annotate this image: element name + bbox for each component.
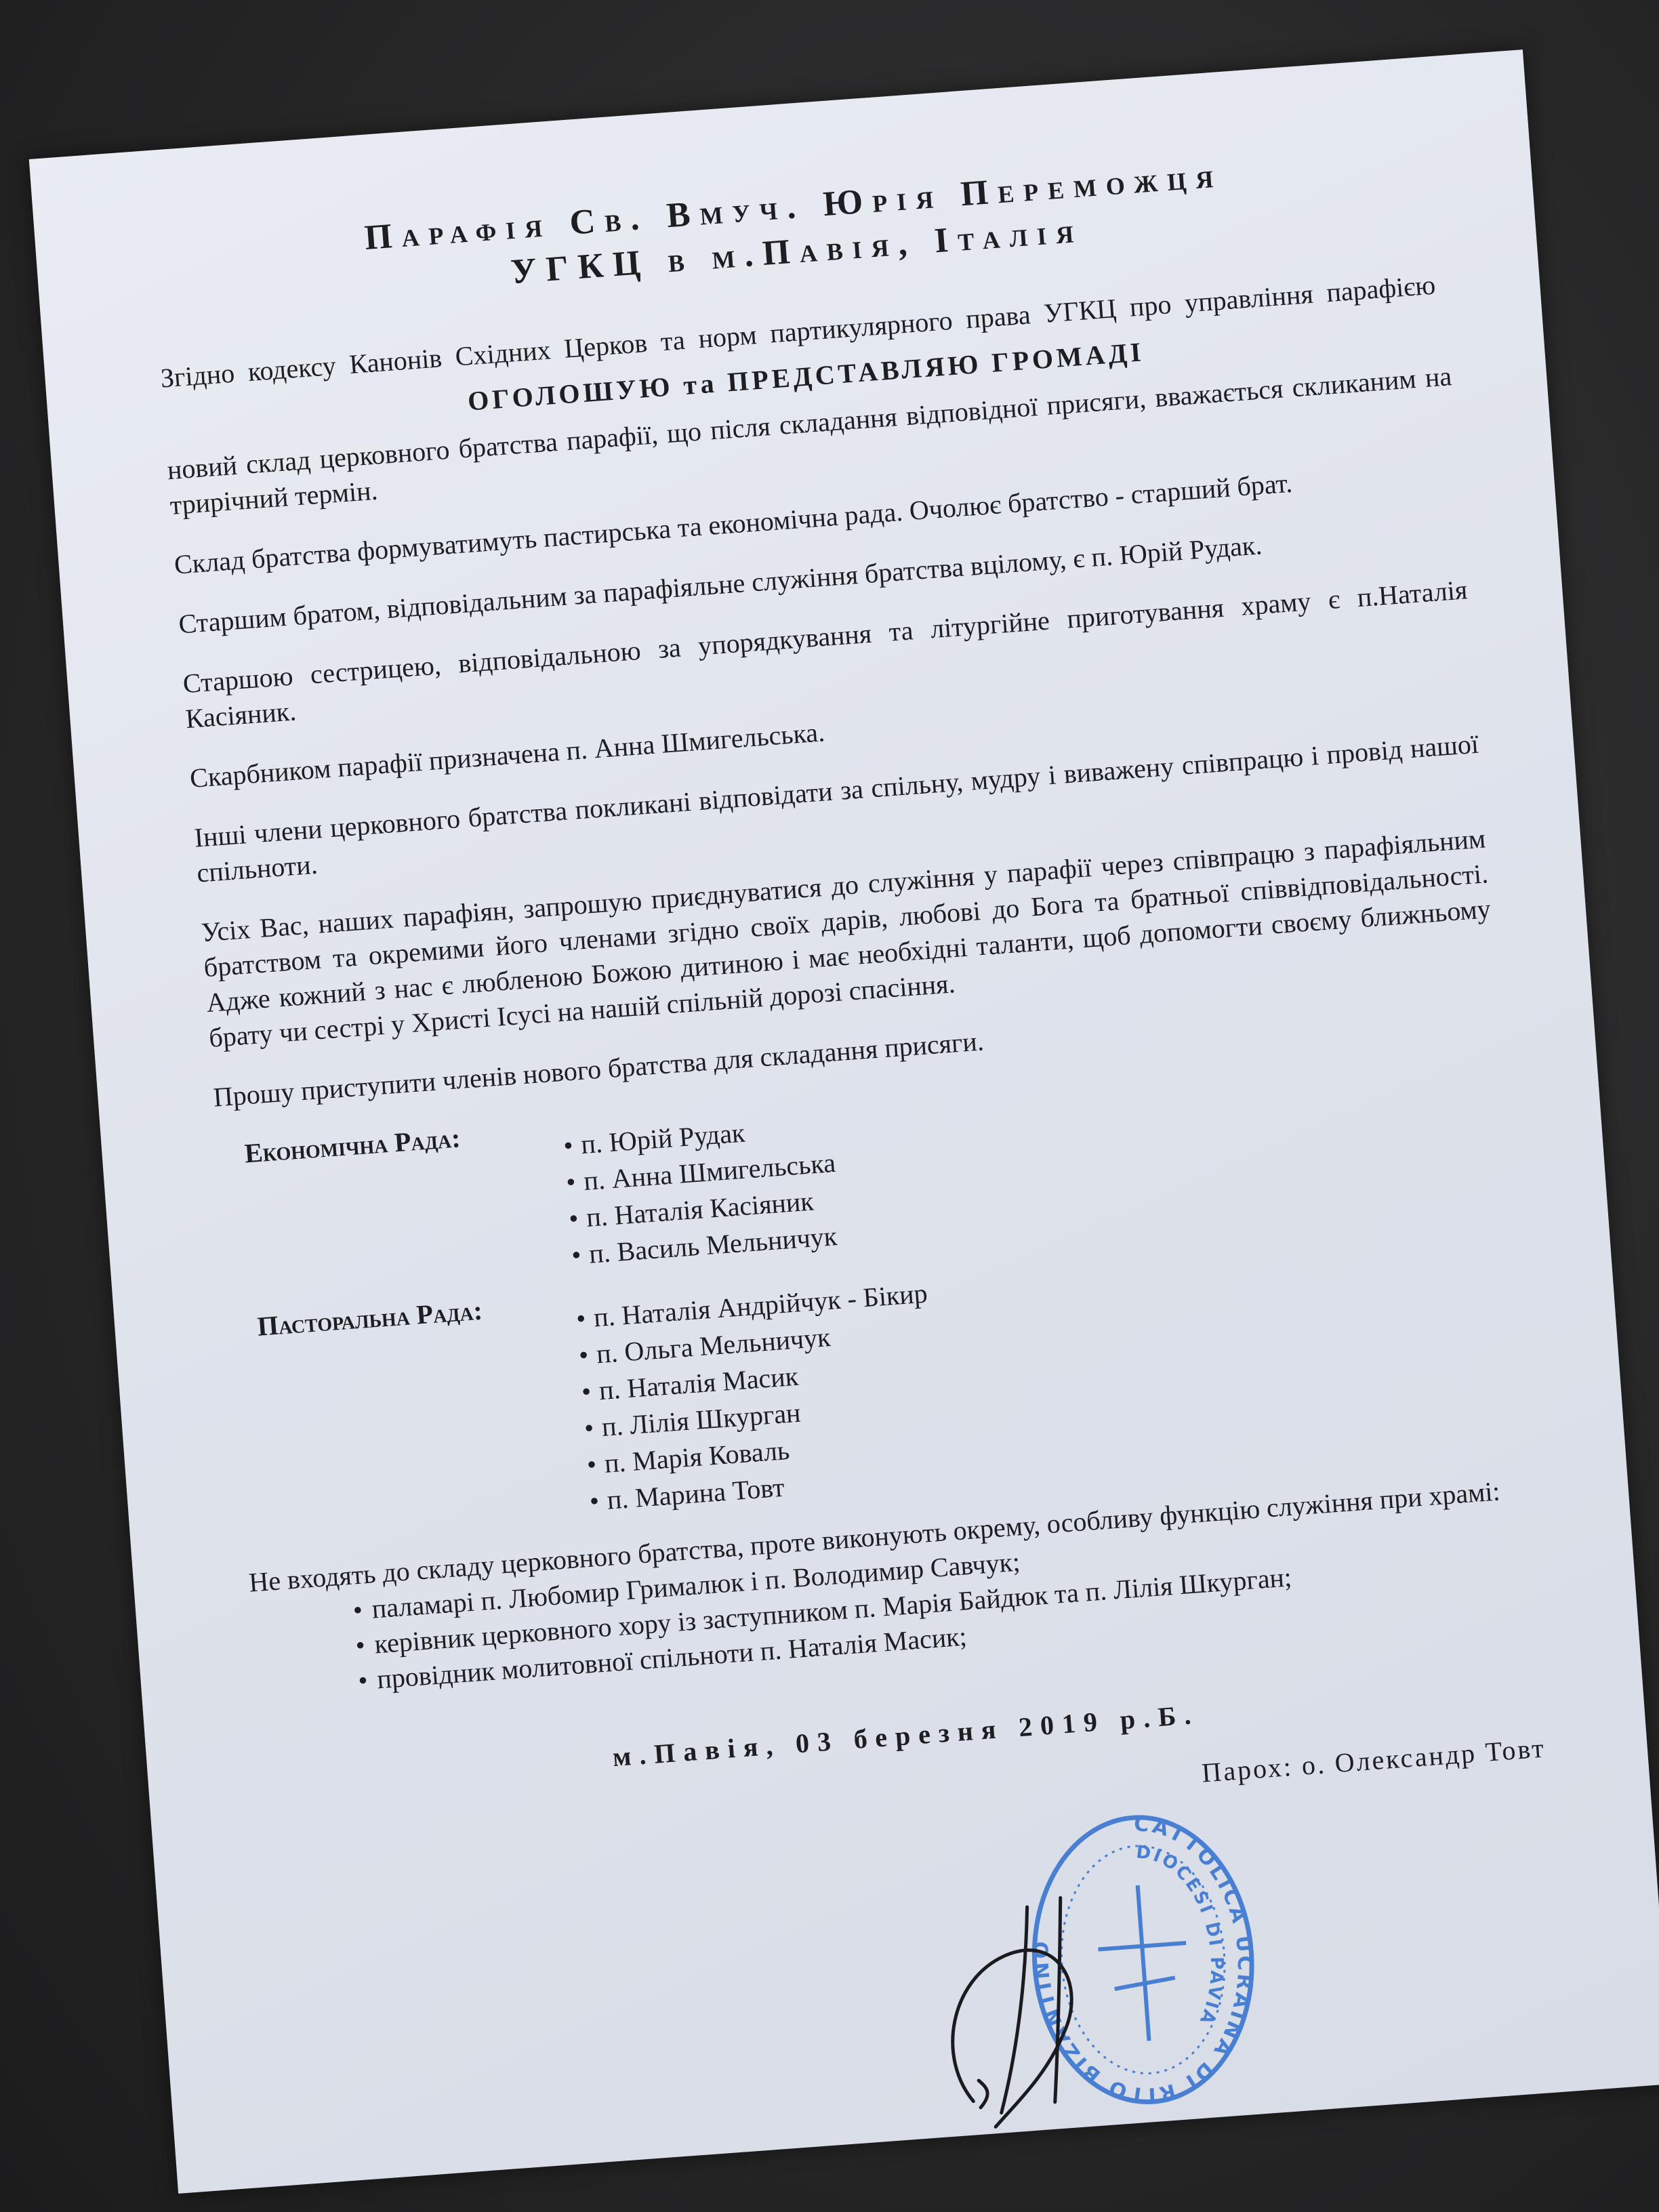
pastoral-council-list: п. Наталія Андрійчук - Бікир п. Ольга Ме… [575,1275,942,1519]
paper-sheet: Парафія Св. Вмуч. Юрія Переможця УГКЦ в … [29,49,1659,2194]
economic-council-label: Економічна Рада: [216,1114,573,1299]
economic-council-list: п. Юрій Рудак п. Анна Шмигельська п. Нат… [562,1108,842,1274]
pastoral-council-label: Пасторальна Рада: [229,1288,591,1545]
signature-icon [917,1872,1159,2145]
document-body: Парафія Св. Вмуч. Юрія Переможця УГКЦ в … [150,138,1555,1885]
